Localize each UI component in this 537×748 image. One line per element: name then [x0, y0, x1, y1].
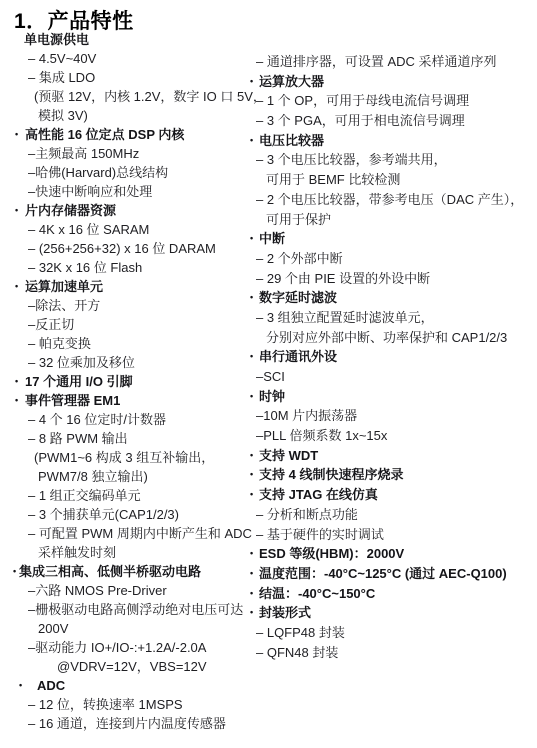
feature-item: – 32K x 16 位 Flash	[0, 258, 248, 277]
feature-heading-label: 支持 WDT	[259, 448, 318, 463]
feature-heading: •事件管理器 EM1	[0, 391, 248, 410]
feature-item: –SCI	[248, 367, 537, 387]
feature-heading-label: 温度范围：-40°C~125°C (通过 AEC-Q100)	[259, 566, 507, 581]
feature-heading-label: 片内存储器资源	[25, 203, 116, 218]
feature-item-continuation: 模拟 3V)	[0, 106, 248, 125]
feature-item: – 分析和断点功能	[248, 505, 537, 525]
feature-item-continuation: 采样触发时刻	[0, 543, 248, 562]
feature-heading-label: 中断	[259, 231, 285, 246]
bullet-icon: •	[250, 229, 259, 249]
feature-heading: •结温：-40°C~150°C	[248, 584, 537, 604]
feature-item: – 2 个外部中断	[248, 249, 537, 269]
feature-heading-label: 17 个通用 I/O 引脚	[25, 374, 133, 389]
feature-heading-label: 集成三相高、低侧半桥驱动电路	[19, 564, 201, 579]
bullet-icon: •	[15, 372, 25, 391]
feature-item: –驱动能力 IO+/IO-:+1.2A/-2.0A	[0, 638, 248, 657]
feature-item: –栅极驱动电路高侧浮动绝对电压可达	[0, 600, 248, 619]
feature-item: – 集成 LDO	[0, 68, 248, 87]
bullet-icon: •	[19, 676, 37, 695]
feature-item: – 3 个电压比较器，参考端共用，	[248, 150, 537, 170]
bullet-icon: •	[250, 131, 259, 151]
feature-item: – 16 通道，连接到片内温度传感器	[0, 714, 248, 733]
feature-heading: •数字延时滤波	[248, 288, 537, 308]
feature-item: –六路 NMOS Pre-Driver	[0, 581, 248, 600]
feature-item: – 1 个 OP，可用于母线电流信号调理	[248, 91, 537, 111]
feature-item: – 4.5V~40V	[0, 49, 248, 68]
feature-heading-label: 数字延时滤波	[259, 290, 337, 305]
feature-heading-label: 封装形式	[259, 605, 311, 620]
features-column-right: – 通道排序器，可设置 ADC 采样通道序列•运算放大器– 1 个 OP，可用于…	[248, 52, 537, 662]
feature-item: –除法、开方	[0, 296, 248, 315]
feature-item: – 3 组独立配置延时滤波单元，	[248, 308, 537, 328]
bullet-icon: •	[15, 201, 25, 220]
feature-item: – 4 个 16 位定时/计数器	[0, 410, 248, 429]
feature-heading-label: 支持 JTAG 在线仿真	[259, 487, 378, 502]
feature-heading: •片内存储器资源	[0, 201, 248, 220]
bullet-icon: •	[250, 584, 259, 604]
feature-item: – 8 路 PWM 输出	[0, 429, 248, 448]
features-column-left: 单电源供电– 4.5V~40V– 集成 LDO(预驱 12V，内核 1.2V，数…	[0, 30, 248, 733]
feature-item: –10M 片内振荡器	[248, 406, 537, 426]
feature-item: –PLL 倍频系数 1x~15x	[248, 426, 537, 446]
feature-heading-label: ADC	[37, 678, 65, 693]
feature-item: – 帕克变换	[0, 334, 248, 353]
feature-heading: •集成三相高、低侧半桥驱动电路	[0, 562, 248, 581]
feature-item-continuation: (预驱 12V，内核 1.2V，数字 IO 口 5V，	[0, 87, 248, 106]
feature-heading: •封装形式	[248, 603, 537, 623]
feature-item-continuation: (PWM1~6 构成 3 组互补输出，	[0, 448, 248, 467]
feature-item-continuation: 200V	[0, 619, 248, 638]
feature-heading-label: 结温：-40°C~150°C	[259, 586, 375, 601]
bullet-icon: •	[250, 387, 259, 407]
feature-heading: •支持 WDT	[248, 446, 537, 466]
feature-heading: •时钟	[248, 387, 537, 407]
feature-heading: •温度范围：-40°C~125°C (通过 AEC-Q100)	[248, 564, 537, 584]
feature-heading-label: ESD 等级(HBM)：2000V	[259, 546, 404, 561]
bullet-icon: •	[250, 603, 259, 623]
feature-heading: •ADC	[0, 676, 248, 695]
feature-heading-label: 支持 4 线制快速程序烧录	[259, 467, 403, 482]
feature-item: – QFN48 封装	[248, 643, 537, 663]
feature-item-continuation: 可用于 BEMF 比较检测	[248, 170, 537, 190]
feature-heading: •支持 4 线制快速程序烧录	[248, 465, 537, 485]
feature-heading-label: 事件管理器 EM1	[25, 393, 120, 408]
feature-heading: •17 个通用 I/O 引脚	[0, 372, 248, 391]
feature-item: – 基于硬件的实时调试	[248, 525, 537, 545]
bullet-icon: •	[15, 125, 25, 144]
feature-item-continuation: PWM7/8 独立输出)	[0, 467, 248, 486]
feature-item: – 可配置 PWM 周期内中断产生和 ADC	[0, 524, 248, 543]
feature-heading: •高性能 16 位定点 DSP 内核	[0, 125, 248, 144]
feature-item: – 32 位乘加及移位	[0, 353, 248, 372]
bullet-icon: •	[250, 446, 259, 466]
feature-heading-label: 串行通讯外设	[259, 349, 337, 364]
feature-heading: •串行通讯外设	[248, 347, 537, 367]
feature-item-continuation: @VDRV=12V，VBS=12V	[0, 657, 248, 676]
bullet-icon: •	[250, 72, 259, 92]
feature-item: –主频最高 150MHz	[0, 144, 248, 163]
feature-heading: •电压比较器	[248, 131, 537, 151]
feature-item: – 通道排序器，可设置 ADC 采样通道序列	[248, 52, 537, 72]
feature-item: – 12 位，转换速率 1MSPS	[0, 695, 248, 714]
feature-item-continuation: 可用于保护	[248, 210, 537, 230]
feature-item: –快速中断响应和处理	[0, 182, 248, 201]
feature-heading: •运算放大器	[248, 72, 537, 92]
feature-heading-label: 运算放大器	[259, 74, 324, 89]
feature-heading-label: 运算加速单元	[25, 279, 103, 294]
feature-item: – 4K x 16 位 SARAM	[0, 220, 248, 239]
feature-item: – (256+256+32) x 16 位 DARAM	[0, 239, 248, 258]
feature-heading: •运算加速单元	[0, 277, 248, 296]
bullet-icon: •	[250, 485, 259, 505]
feature-item: – 3 个捕获单元(CAP1/2/3)	[0, 505, 248, 524]
bullet-icon: •	[15, 391, 25, 410]
feature-item: – 1 组正交编码单元	[0, 486, 248, 505]
feature-heading-label: 电压比较器	[259, 133, 324, 148]
bullet-icon: •	[250, 564, 259, 584]
bullet-icon: •	[250, 288, 259, 308]
feature-item: – LQFP48 封装	[248, 623, 537, 643]
feature-heading: •ESD 等级(HBM)：2000V	[248, 544, 537, 564]
feature-item: – 2 个电压比较器，带参考电压（DAC 产生），	[248, 190, 537, 210]
feature-item: – 29 个由 PIE 设置的外设中断	[248, 269, 537, 289]
bullet-icon: •	[15, 277, 25, 296]
feature-heading: •中断	[248, 229, 537, 249]
bullet-icon: •	[250, 465, 259, 485]
datasheet-page: 1．产品特性 单电源供电– 4.5V~40V– 集成 LDO(预驱 12V，内核…	[0, 0, 537, 748]
bullet-icon: •	[250, 347, 259, 367]
feature-heading: 单电源供电	[0, 30, 248, 49]
feature-item-continuation: 分别对应外部中断、功率保护和 CAP1/2/3	[248, 328, 537, 348]
feature-item: –反正切	[0, 315, 248, 334]
feature-heading-label: 高性能 16 位定点 DSP 内核	[25, 127, 184, 142]
bullet-icon: •	[250, 544, 259, 564]
feature-heading: •支持 JTAG 在线仿真	[248, 485, 537, 505]
feature-item: –哈佛(Harvard)总线结构	[0, 163, 248, 182]
feature-heading-label: 时钟	[259, 389, 285, 404]
feature-item: – 3 个 PGA，可用于相电流信号调理	[248, 111, 537, 131]
